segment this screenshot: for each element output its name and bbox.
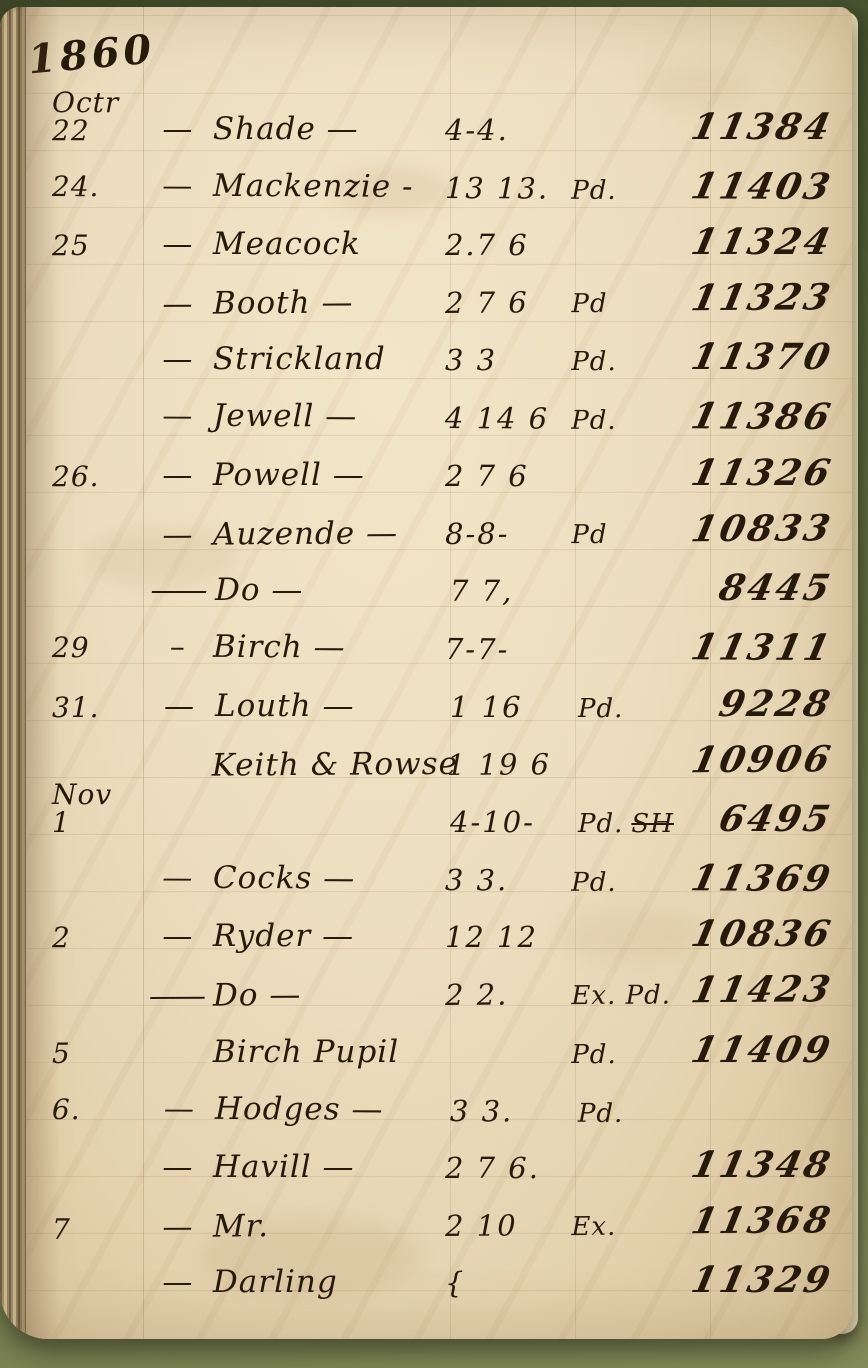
ledger-amount: 7 7, [450, 577, 578, 606]
ledger-number: 11384 [688, 109, 852, 145]
ledger-dash: — [139, 289, 213, 320]
ledger-name: Birch — [213, 632, 445, 664]
ledger-dash: — [139, 1153, 213, 1183]
ledger-amount: 4 14 6 [445, 404, 572, 434]
ledger-amount: { [445, 1269, 571, 1298]
ledger-row: —Strickland3 3Pd.11370 [26, 322, 852, 380]
ledger-paid-mark: Pd. [578, 696, 700, 722]
ledger-number: 9228 [696, 686, 852, 722]
ledger-amount: 2 10 [445, 1211, 572, 1241]
ledger-dash: — [139, 922, 213, 952]
ledger-name: Keith & Rowse [212, 748, 447, 781]
ledger-amount: 13 13. [445, 173, 572, 203]
ledger-name: Havill — [213, 1152, 445, 1183]
ledger-number: 11409 [688, 1032, 852, 1068]
ledger-name: Powell — [213, 460, 445, 491]
ledger-dash: — [139, 1268, 213, 1298]
ledger-number: 10833 [688, 510, 852, 547]
ledger-name: Hodges — [215, 1093, 450, 1125]
ledger-amount: 2 7 6 [445, 288, 572, 318]
ledger-amount: 2.7 6 [445, 231, 571, 260]
ledger-paid-mark: Pd. [571, 1042, 691, 1068]
ledger-name: Strickland [213, 344, 445, 375]
scanned-ledger-scene: 1860 Octr 22—Shade —4-4.1138424.—Mackenz… [0, 0, 868, 1368]
ledger-number: 11370 [688, 339, 852, 375]
ledger-number: 11324 [688, 224, 852, 260]
ledger-name: Cocks — [213, 862, 445, 894]
ledger-dash: — [139, 520, 213, 551]
ledger-number: 8445 [696, 570, 852, 606]
ledger-name: Jewell — [213, 401, 445, 433]
ledger-paid-mark [571, 665, 691, 666]
ledger-paid-mark: Pd. [571, 408, 692, 435]
ledger-paid-mark: Ex. Pd. [571, 982, 692, 1009]
ledger-amount: 3 3. [450, 1096, 578, 1126]
ledger-row: Nov 14-10-Pd.SH6495 [26, 783, 852, 841]
spine-shadow [26, 7, 60, 1339]
ledger-dash: — [139, 171, 213, 201]
ledger-number: 11323 [688, 279, 852, 316]
ledger-number: 10836 [688, 916, 852, 952]
ledger-name: Darling [213, 1267, 445, 1298]
ledger-paid-mark: Pd. [571, 869, 692, 896]
ledger-row: 29–Birch —7-7-11311 [26, 608, 852, 670]
ledger-amount: 4-4. [445, 116, 571, 145]
ledger-number: 11348 [688, 1147, 852, 1183]
ledger-amount: 8-8- [445, 519, 572, 549]
ledger-row: 26.—Powell —2 7 611326 [26, 437, 852, 495]
ledger-name: Mr. [213, 1210, 445, 1243]
ledger-dash: —— [139, 982, 213, 1013]
ledger-dash: —— [140, 576, 215, 606]
ledger-paid-mark: Pd. [578, 1100, 700, 1127]
ledger-row: ——Do —7 7,8445 [26, 553, 852, 611]
ledger-name: Shade — [213, 114, 445, 145]
ledger-name: Meacock [213, 229, 445, 260]
ledger-amount: 1 19 6 [447, 749, 573, 779]
ledger-row: —Cocks —3 3.Pd.11369 [26, 839, 852, 901]
ledger-dash: — [140, 1094, 215, 1124]
ledger-paid-mark: Ex. [571, 1213, 692, 1240]
ledger-paid-mark: Pd [571, 290, 692, 317]
ledger-row: 2—Ryder —12 1210836 [26, 899, 852, 957]
ledger-row: 31.—Louth —1 16Pd.9228 [26, 668, 852, 726]
ledger-dash: — [140, 692, 215, 722]
ledger-row: 6.—Hodges —3 3.Pd. [26, 1070, 852, 1132]
ledger-number: 11326 [688, 455, 852, 491]
ledger-row: —Havill —2 7 6.11348 [26, 1129, 852, 1187]
ledger-paid-mark: Pd. [571, 349, 691, 375]
ledger-number: 11368 [688, 1202, 852, 1239]
ledger-amount: 2 7 6. [445, 1154, 571, 1183]
ledger-number: 6495 [696, 801, 852, 837]
ledger-amount: 12 12 [445, 923, 571, 952]
ledger-name: Louth — [215, 691, 450, 722]
ledger-row: Keith & Rowse1 19 610906 [26, 723, 852, 786]
ledger-amount: 2 2. [445, 980, 572, 1010]
ledger-name: Birch Pupil [213, 1037, 445, 1068]
ledger-dash: — [139, 230, 213, 260]
ledger-number: 10906 [688, 740, 852, 777]
ledger-amount: 2 7 6 [445, 462, 571, 491]
ledger-page: 1860 Octr 22—Shade —4-4.1138424.—Mackenz… [0, 7, 852, 1339]
ledger-rows: Octr 22—Shade —4-4.1138424.—Mackenzie -1… [26, 91, 852, 1302]
ledger-number: 11423 [688, 971, 852, 1008]
ledger-row: 25—Meacock2.7 611324 [26, 206, 852, 264]
ledger-name: Do — [215, 575, 450, 606]
ledger-dash [138, 781, 211, 782]
ledger-row: 7—Mr.2 10Ex.11368 [26, 1184, 852, 1247]
ledger-dash: — [139, 461, 213, 491]
ledger-dash: — [139, 1212, 213, 1243]
book-spine-page-edges [0, 7, 26, 1339]
ledger-paid-struck-text: SH [631, 809, 674, 839]
ledger-row: —Darling{11329 [26, 1245, 852, 1303]
ledger-row: ——Do —2 2.Ex. Pd.11423 [26, 953, 852, 1016]
ledger-amount: 4-10- [450, 808, 578, 837]
ledger-number [700, 1127, 852, 1128]
ledger-row: —Booth —2 7 6Pd11323 [26, 261, 852, 324]
ledger-name: Booth — [213, 287, 445, 320]
ledger-paid-mark [572, 777, 692, 778]
ledger-amount: 1 16 [450, 693, 578, 722]
ledger-name: Mackenzie - [213, 170, 445, 202]
ledger-dash: — [139, 115, 213, 145]
ledger-number: 11403 [688, 168, 852, 205]
ledger-paid-mark: Pd [571, 521, 692, 548]
ledger-row: 24.—Mackenzie -13 13.Pd.11403 [26, 147, 852, 209]
ledger-row: Octr 22—Shade —4-4.11384 [26, 91, 852, 149]
ledger-name: Ryder — [213, 921, 445, 952]
ledger-dash: — [139, 402, 213, 432]
ledger-number: 11329 [688, 1262, 852, 1298]
ledger-dash: – [139, 632, 213, 662]
ledger-number: 11311 [688, 629, 852, 666]
ledger-amount: 3 3 [445, 346, 571, 375]
ledger-name: Do — [213, 979, 445, 1012]
ledger-row: —Auzende —8-8-Pd10833 [26, 492, 852, 555]
ledger-row: 5Birch PupilPd.11409 [26, 1014, 852, 1072]
ledger-number: 11386 [688, 398, 852, 435]
ledger-row: —Jewell —4 14 6Pd.11386 [26, 377, 852, 439]
ledger-dash: — [139, 863, 213, 893]
ledger-amount: 3 3. [445, 866, 572, 896]
ledger-paid-mark: Pd. [571, 177, 692, 204]
ledger-paid-mark: Pd.SH [578, 811, 700, 837]
ledger-dash: — [139, 345, 213, 375]
ledger-number: 11369 [688, 860, 852, 897]
ledger-name: Auzende — [213, 517, 445, 550]
ledger-amount: 7-7- [445, 635, 572, 665]
